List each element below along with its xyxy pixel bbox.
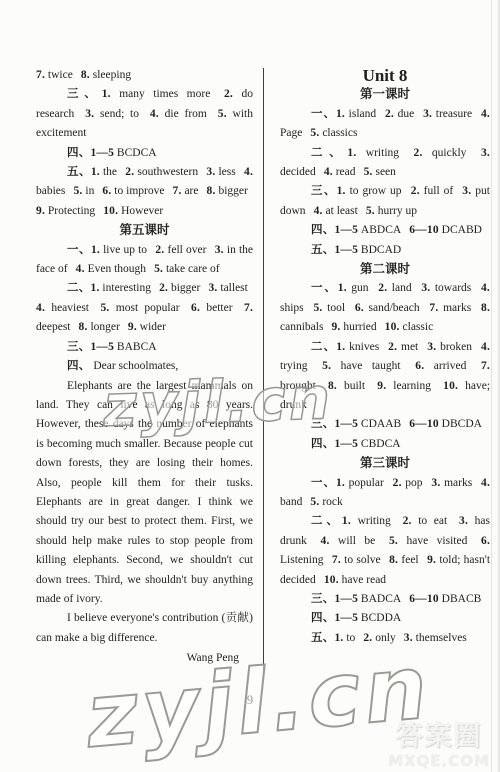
answer-item: 5. in [73,185,94,197]
answer-item: 五、1. to [311,632,355,644]
answer-item: 9. hurried [331,321,376,333]
unit-title: Unit 8 [280,66,490,85]
answer-number: 2. [414,147,423,159]
answer-item: 10. However [103,205,163,217]
corner-watermark-site: MXQE.COM [380,752,498,770]
answer-item: 四、1—5 CBDCA [311,438,401,450]
answer-line: 四、1—5 BCDCA [36,144,253,163]
answer-line: 三、1. many times more 2. do research 3. s… [36,85,253,143]
answer-item: 三、1—5 BABCA [67,341,157,353]
answer-item: 5. tool [313,302,345,314]
answer-item: 8. sleeping [81,69,131,81]
answer-number: 一、1. [311,477,345,489]
answer-item: 6. arrived [415,360,466,372]
answer-number: 4. [481,477,490,489]
answer-item: 二、1. interesting [67,282,151,294]
answer-item: 5. rock [310,496,342,508]
answer-number: 3. [421,282,430,294]
answer-item: 4. heaviest [36,302,89,314]
page-number: 9 [0,693,500,708]
answer-line: 五、1. the 2. southwestern 3. less 4. babi… [36,163,253,221]
answer-item: 10. have read [324,574,386,586]
answer-item: 2. pop [393,477,423,489]
answer-number: 7. [429,302,438,314]
answer-item: 9. learning [377,380,431,392]
answer-number: 6. [481,535,490,547]
answer-number: 5. [310,496,319,508]
answer-item: 3. treasure [423,108,472,120]
answer-number: 一、1. [311,108,345,120]
answer-number: 一、1. [67,244,100,256]
answer-item: 8. longer [79,321,120,333]
answer-number: 8. [81,69,90,81]
answer-number: 6. [191,302,200,314]
section-header: 第五课时 [36,221,253,240]
answer-number: 5. [218,108,227,120]
answer-number: 四、 [67,360,90,372]
answer-item: 7. are [173,185,199,197]
answer-line: 四、1—5 ABDCA 6—10 DCABD [280,221,490,240]
answer-item: 五、1. the [67,166,117,178]
answer-item: 4. read [324,166,356,178]
answer-item: 一、1. live up to [67,244,147,256]
answer-number: 9. [331,321,340,333]
answer-number: 8. [481,302,490,314]
answer-item: 5. hurry up [366,205,417,217]
answer-number: 6—10 [409,224,439,236]
answer-item: 三、1—5 CDAAB [311,418,401,430]
answer-number: 5. [154,263,163,275]
answer-number: 10. [443,380,458,392]
answer-item: 二、1. writing [311,147,399,159]
answer-number: 3. [459,515,468,527]
answer-number: 三、1—5 [311,418,358,430]
essay-paragraph: Elephants are the largest mammals on lan… [36,377,253,610]
answer-number: 4. [324,166,333,178]
answer-line: 一、1. live up to 2. fell over 3. in the f… [36,241,253,280]
answer-item: 4. Even though [76,263,146,275]
answer-number: 4. [481,341,490,353]
answer-number: 4. [36,302,45,314]
answer-item: 6. better [191,302,233,314]
answer-line: 四、 Dear schoolmates, [36,357,253,376]
answer-item: 5. seen [364,166,396,178]
answer-line: 五、1—5 BDCAD [280,241,490,260]
answer-number: 三、1. [311,185,346,197]
answer-number: 5. [310,127,319,139]
answer-item: 2. fell over [155,244,206,256]
answer-line: 五、1. to 2. only 3. themselves [280,629,490,648]
answer-item: 四、 Dear schoolmates, [67,360,178,372]
answer-number: 8. [207,185,216,197]
answer-number: 2. [403,515,412,527]
answer-number: 10. [103,205,118,217]
answer-item: 5. most popular [100,302,179,314]
answer-item: 7. marks [429,302,471,314]
answer-number: 五、1—5 [311,244,358,256]
answer-number: 3. [215,244,224,256]
signature: Wang Peng [36,649,253,668]
answer-number: 9. [128,321,137,333]
answer-number: 5. [322,360,331,372]
answer-item: 4. will be [321,535,376,547]
answer-number: 3. [431,477,440,489]
answer-item: 2. southwestern [125,166,198,178]
answer-number: 4. [321,535,330,547]
answer-item: 6—10 DCABD [409,224,482,236]
answer-number: 5. [366,205,375,217]
answer-item: 五、1—5 BDCAD [311,244,401,256]
answer-item: 一、1. gun [311,282,369,294]
page-edge-line [491,0,492,772]
answer-item: 2. bigger [159,282,200,294]
answer-number: 2. [155,244,164,256]
answer-number: 4. [76,263,85,275]
answer-number: 7. [481,360,490,372]
answer-number: 4. [481,108,490,120]
answer-number: 四、1—5 [311,612,358,624]
answer-line: 三、1. to grow up 2. full of 3. put down 4… [280,182,490,221]
answer-number: 7. [173,185,182,197]
section-header: 第一课时 [280,85,490,104]
answer-number: 3. [85,108,94,120]
answer-item: 10. classic [385,321,434,333]
section-header: 第二课时 [280,260,490,279]
answer-number: 二、1. [311,147,356,159]
answer-line: 二、1. writing 2. quickly 3. decided 4. re… [280,144,490,183]
answer-number: 二、1. [311,515,351,527]
answer-number: 四、1—5 [67,147,114,159]
answer-number: 2. [378,282,387,294]
answer-item: 2. full of [411,185,453,197]
answer-number: 2. [393,477,402,489]
answer-item: 2. quickly [414,147,467,159]
answer-line: 7. twice 8. sleeping [36,66,253,85]
answer-item: 3. tallest [208,282,247,294]
corner-watermark-brand: 答案圈 [380,722,498,752]
answer-number: 3. [427,341,436,353]
answer-item: 8. feel [389,554,419,566]
answer-number: 10. [385,321,400,333]
answer-number: 3. [208,282,217,294]
answer-number: 3. [404,632,413,644]
answer-number: 5. [389,535,398,547]
corner-watermark: 答案圈 MXQE.COM [380,722,498,770]
answer-line: 一、1. island 2. due 3. treasure 4. Page 5… [280,105,490,144]
essay-paragraph: I believe everyone's contribution (贡献) c… [36,609,253,648]
answer-number: 3. [481,147,490,159]
answer-line: 一、1. gun 2. land 3. towards 4. ships 5. … [280,279,490,337]
answer-number: 8. [389,554,398,566]
answer-item: 四、1—5 BCDCA [67,147,157,159]
answer-line: 二、1. writing 2. to eat 3. has drunk 4. w… [280,512,490,590]
answer-number: 8. [79,321,88,333]
answer-number: 9. [377,380,386,392]
answer-item: 6—10 DBCDA [409,418,482,430]
answer-number: 2. [388,341,397,353]
answer-item: 四、1—5 BCDDA [311,612,401,624]
answer-item: 2. met [388,341,418,353]
answer-number: 2. [411,185,420,197]
answer-item: 9. wider [128,321,166,333]
answer-item: 一、1. popular [311,477,384,489]
answer-number: 6. [415,360,424,372]
answer-item: 二、1. writing [311,515,391,527]
page: 7. twice 8. sleeping 三、1. many times mor… [0,0,500,772]
answer-number: 7. [36,69,45,81]
answer-item: 7. to solve [332,554,381,566]
answer-item: 7. twice [36,69,73,81]
answer-line: 二、1. interesting 2. bigger 3. tallest 4.… [36,279,253,337]
answer-number: 2. [159,282,168,294]
answer-item: 三、1—5 BADCA [311,593,401,605]
answer-line: 四、1—5 BCDDA [280,609,490,628]
answer-item: 5. take care of [154,263,220,275]
answer-number: 2. [224,88,233,100]
answer-number: 2. [385,108,394,120]
left-column: 7. twice 8. sleeping 三、1. many times mor… [36,66,253,669]
answer-item: 5. have taught [322,360,400,372]
right-column: Unit 8第一课时一、1. island 2. due 3. treasure… [280,66,490,648]
answer-number: 7. [332,554,341,566]
answer-line: 三、1—5 CDAAB 6—10 DBCDA [280,415,490,434]
answer-item: 9. Protecting [36,205,95,217]
answer-item: 4. at least [314,205,358,217]
answer-item: 3. themselves [404,632,467,644]
answer-item: 2. only [363,632,395,644]
answer-number: 五、1. [67,166,100,178]
column-divider [263,68,264,674]
answer-line: 二、1. knives 2. met 3. broken 4. trying 5… [280,338,490,416]
answer-number: 3. [462,185,471,197]
answer-number: 4. [150,108,159,120]
answer-number: 5. [313,302,322,314]
answer-number: 三、1—5 [67,341,114,353]
answer-item: 6. sand/beach [355,302,420,314]
answer-number: 5. [73,185,82,197]
answer-item: 6—10 DBACB [409,593,481,605]
answer-number: 9. [36,205,45,217]
answer-item: 4. die from [150,108,207,120]
answer-number: 一、1. [311,282,347,294]
answer-item: 5. have visited [389,535,467,547]
answer-item: 二、1. knives [311,341,379,353]
answer-number: 8. [328,380,337,392]
answer-item: 3. send; to [85,108,139,120]
answer-item: 3. towards [421,282,471,294]
answer-number: 四、1—5 [311,224,358,236]
answer-number: 三、1. [67,88,111,100]
answer-number: 6. [355,302,364,314]
answer-item: 3. broken [427,341,472,353]
answer-item: 5. classics [310,127,357,139]
answer-number: 9. [427,554,436,566]
answer-number: 5. [364,166,373,178]
answer-number: 7. [244,302,253,314]
answer-number: 4. [314,205,323,217]
answer-number: 6—10 [409,593,439,605]
answer-item: 2. to eat [403,515,448,527]
answer-item: 三、1. many times more [67,88,210,100]
answer-number: 5. [100,302,109,314]
answer-number: 四、1—5 [311,438,358,450]
answer-item: 2. land [378,282,411,294]
answer-item: 3. less [206,166,235,178]
answer-number: 3. [423,108,432,120]
answer-number: 3. [206,166,215,178]
answer-item: 3. marks [431,477,472,489]
answer-item: 四、1—5 ABDCA [311,224,401,236]
answer-item: 三、1. to grow up [311,185,402,197]
answer-item: 6. to improve [102,185,164,197]
answer-number: 6—10 [409,418,439,430]
answer-number: 三、1—5 [311,593,358,605]
answer-number: 2. [125,166,134,178]
answer-number: 二、1. [67,282,99,294]
answer-line: 一、1. popular 2. pop 3. marks 4. band 5. … [280,474,490,513]
section-header: 第三课时 [280,454,490,473]
answer-number: 2. [363,632,372,644]
answer-number: 4. [481,282,490,294]
answer-number: 二、1. [311,341,345,353]
answer-number: 10. [324,574,339,586]
answer-line: 三、1—5 BADCA 6—10 DBACB [280,590,490,609]
answer-item: 8. built [328,380,365,392]
answer-item: 2. due [385,108,414,120]
answer-number: 五、1. [311,632,343,644]
answer-line: 三、1—5 BABCA [36,338,253,357]
answer-item: 8. bigger [207,185,248,197]
answer-item: 一、1. island [311,108,376,120]
answer-number: 6. [102,185,111,197]
answer-number: 4. [244,166,253,178]
answer-line: 四、1—5 CBDCA [280,435,490,454]
